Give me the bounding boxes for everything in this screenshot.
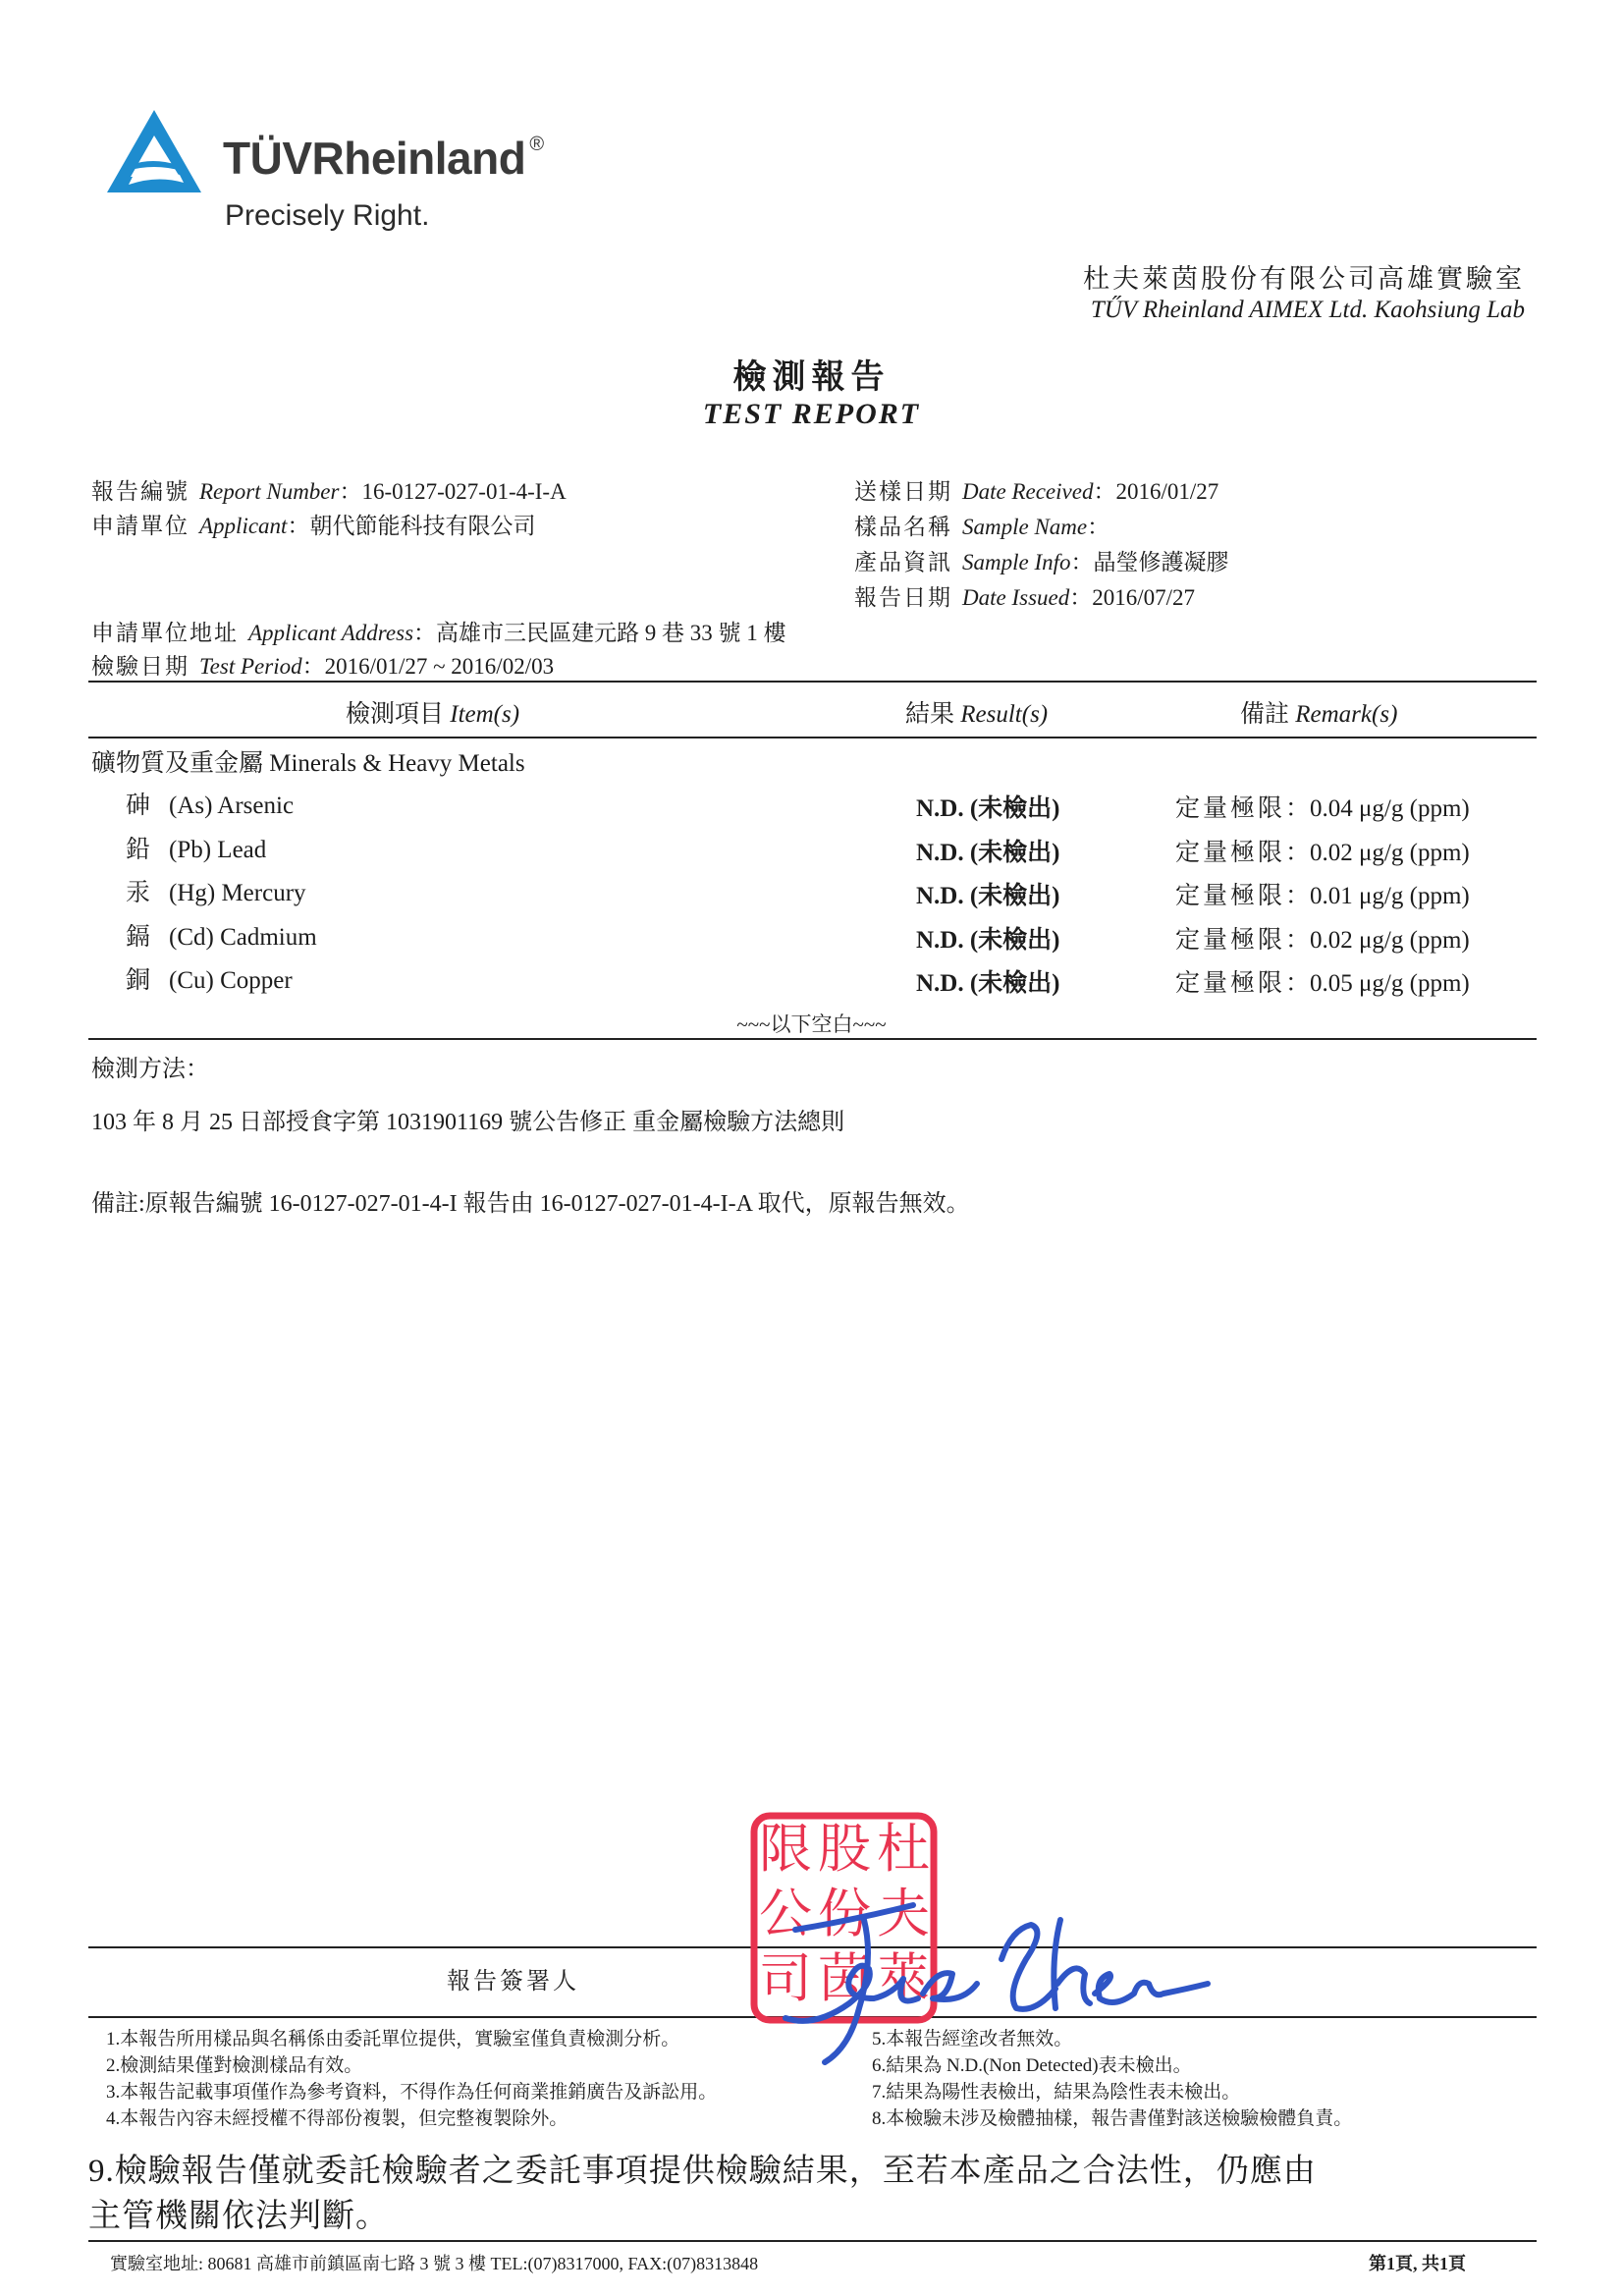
term-9-line-1: 9.檢驗報告僅就委託檢驗者之委託事項提供檢驗結果，至若本產品之合法性，仍應由 bbox=[88, 2145, 1317, 2191]
term-item: 2.檢測結果僅對檢測樣品有效。 bbox=[106, 2050, 362, 2077]
svg-text:股: 股 bbox=[818, 1818, 871, 1880]
tuv-logo: TÜVRheinland® Precisely Right. bbox=[103, 106, 614, 244]
table-row-result: N.D. (未檢出) bbox=[916, 920, 1060, 956]
table-row-remark: 定量極限：0.02 μg/g (ppm) bbox=[1175, 920, 1470, 956]
sample-info-value: 晶瑩修護凝膠 bbox=[1094, 550, 1229, 574]
date-issued-field: 報告日期Date Issued：2016/07/27 bbox=[854, 579, 1195, 612]
table-bottom-rule bbox=[88, 1038, 1537, 1040]
brand-slogan: Precisely Right. bbox=[225, 199, 429, 233]
term-item: 3.本報告記載事項僅作為參考資料，不得作為任何商業推銷廣告及訴訟用。 bbox=[106, 2077, 717, 2104]
test-method-text: 103 年 8 月 25 日部授食字第 1031901169 號公告修正 重金屬… bbox=[91, 1102, 844, 1136]
lab-name-cn: 杜夫萊茵股份有限公司高雄實驗室 bbox=[1083, 257, 1525, 296]
tuv-triangle-icon bbox=[103, 106, 206, 199]
term-9-line-2: 主管機關依法判斷。 bbox=[88, 2190, 389, 2236]
date-issued-value: 2016/07/27 bbox=[1092, 585, 1195, 610]
test-period-value: 2016/01/27 ~ 2016/02/03 bbox=[325, 654, 555, 679]
term-item: 6.結果為 N.D.(Non Detected)表未檢出。 bbox=[872, 2050, 1192, 2077]
date-received-field: 送樣日期Date Received：2016/01/27 bbox=[854, 473, 1218, 506]
signatory-label: 報告簽署人 bbox=[447, 1961, 579, 1995]
table-row-item: 鉛(Pb) Lead bbox=[126, 830, 266, 865]
page-number: 第1頁, 共1頁 bbox=[1369, 2250, 1466, 2275]
table-row-result: N.D. (未檢出) bbox=[916, 876, 1060, 911]
test-period-field: 檢驗日期Test Period：2016/01/27 ~ 2016/02/03 bbox=[91, 648, 554, 681]
table-row-remark: 定量極限：0.05 μg/g (ppm) bbox=[1175, 963, 1470, 999]
table-row-remark: 定量極限：0.04 μg/g (ppm) bbox=[1175, 789, 1470, 824]
table-section-title: 礦物質及重金屬 Minerals & Heavy Metals bbox=[91, 743, 525, 779]
date-received-value: 2016/01/27 bbox=[1115, 479, 1218, 504]
report-number-value: 16-0127-027-01-4-I-A bbox=[361, 479, 566, 504]
applicant-address-value: 高雄市三民區建元路 9 巷 33 號 1 樓 bbox=[436, 621, 786, 645]
report-remark: 備註:原報告編號 16-0127-027-01-4-I 報告由 16-0127-… bbox=[91, 1183, 970, 1218]
report-number-field: 報告編號Report Number：16-0127-027-01-4-I-A bbox=[91, 473, 567, 506]
report-title-cn: 檢測報告 bbox=[0, 350, 1623, 398]
test-method-label: 檢測方法： bbox=[91, 1049, 209, 1083]
column-header-results: 結果 Result(s) bbox=[905, 694, 1048, 730]
table-row-remark: 定量極限：0.02 μg/g (ppm) bbox=[1175, 833, 1470, 868]
lab-address-footer: 實驗室地址: 80681 高雄市前鎮區南七路 3 號 3 樓 TEL:(07)8… bbox=[110, 2250, 758, 2275]
report-title-en: TEST REPORT bbox=[0, 398, 1623, 431]
applicant-field: 申請單位Applicant：朝代節能科技有限公司 bbox=[91, 508, 535, 540]
svg-text:杜: 杜 bbox=[877, 1818, 930, 1880]
table-row-item: 銅(Cu) Copper bbox=[126, 960, 293, 996]
table-row-item: 鎘(Cd) Cadmium bbox=[126, 917, 317, 953]
sample-name-field: 樣品名稱Sample Name： bbox=[854, 509, 1109, 541]
footer-rule bbox=[88, 2240, 1537, 2242]
column-header-items: 檢測項目 Item(s) bbox=[346, 694, 519, 730]
column-header-remarks: 備註 Remark(s) bbox=[1240, 694, 1397, 730]
blank-below-marker: ~~~以下空白~~~ bbox=[0, 1009, 1623, 1038]
term-item: 1.本報告所用樣品與名稱係由委託單位提供，實驗室僅負責檢測分析。 bbox=[106, 2024, 679, 2050]
table-row-result: N.D. (未檢出) bbox=[916, 963, 1060, 999]
brand-name: TÜVRheinland® bbox=[223, 132, 544, 185]
applicant-value: 朝代節能科技有限公司 bbox=[309, 514, 535, 538]
term-item: 4.本報告內容未經授權不得部份複製，但完整複製除外。 bbox=[106, 2104, 568, 2130]
term-item: 8.本檢驗未涉及檢體抽樣，報告書僅對該送檢驗檢體負責。 bbox=[872, 2104, 1352, 2130]
svg-text:限: 限 bbox=[759, 1818, 812, 1880]
table-row-result: N.D. (未檢出) bbox=[916, 833, 1060, 868]
lab-name-en: TŰV Rheinland AIMEX Ltd. Kaohsiung Lab bbox=[1091, 297, 1525, 324]
table-row-remark: 定量極限：0.01 μg/g (ppm) bbox=[1175, 876, 1470, 911]
applicant-address-field: 申請單位地址Applicant Address：高雄市三民區建元路 9 巷 33… bbox=[91, 615, 786, 647]
term-item: 5.本報告經塗改者無效。 bbox=[872, 2024, 1072, 2050]
table-row-result: N.D. (未檢出) bbox=[916, 789, 1060, 824]
sample-info-field: 產品資訊Sample Info：晶瑩修護凝膠 bbox=[854, 544, 1229, 576]
table-row-item: 砷(As) Arsenic bbox=[126, 786, 294, 821]
table-top-rule bbox=[88, 681, 1537, 683]
table-row-item: 汞(Hg) Mercury bbox=[126, 873, 306, 908]
term-item: 7.結果為陽性表檢出，結果為陰性表未檢出。 bbox=[872, 2077, 1240, 2104]
table-header-rule bbox=[88, 737, 1537, 738]
